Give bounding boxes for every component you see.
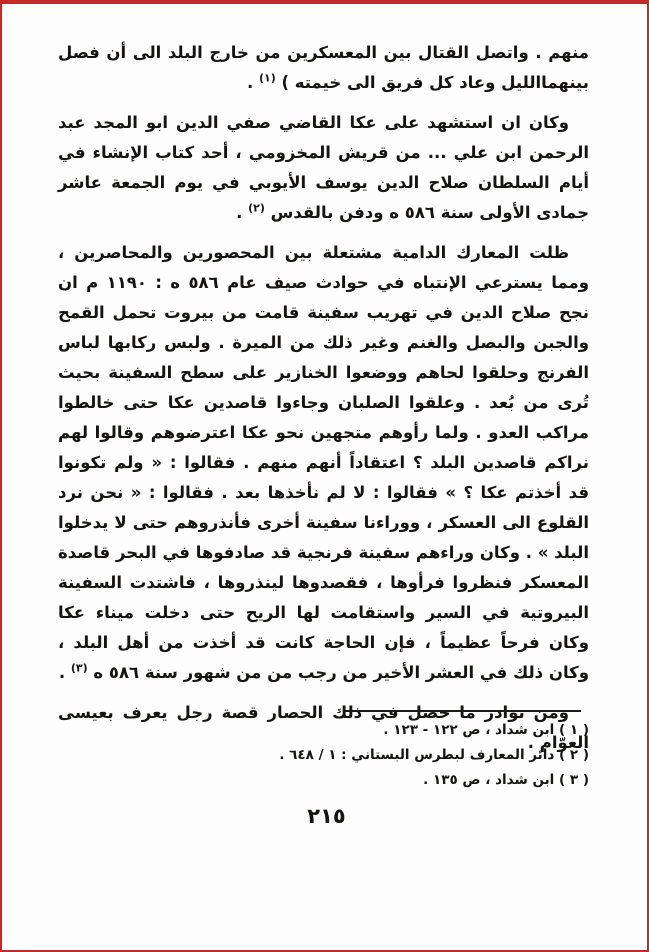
page-number: ٢١٥: [2, 804, 649, 828]
page-body-text: منهم . واتصل القتال بين المعسكرين من خار…: [58, 38, 589, 768]
footnote: ( ٢ ) دائر المعارف لبطرس البستاني : ١ / …: [58, 743, 589, 768]
footnote-marker: (١): [259, 72, 276, 85]
footnote: ( ١ ) ابن شداد ، ص ١٢٢ - ١٢٣ .: [58, 718, 589, 743]
paragraph: وكان ان استشهد على عكا القاضي صفي الدين …: [58, 108, 589, 228]
paragraph-text: وكان ان استشهد على عكا القاضي صفي الدين …: [58, 113, 589, 222]
paragraph: ظلت المعارك الدامية مشتعلة بين المحصورين…: [58, 238, 589, 688]
footnote-marker: (٢): [248, 202, 265, 215]
paragraph-text: ظلت المعارك الدامية مشتعلة بين المحصورين…: [58, 243, 589, 682]
footnotes-section: ( ١ ) ابن شداد ، ص ١٢٢ - ١٢٣ . ( ٢ ) دائ…: [58, 710, 589, 793]
paragraph-text: منهم . واتصل القتال بين المعسكرين من خار…: [58, 43, 589, 92]
footnote-separator: [345, 710, 581, 712]
footnote-marker: (٣): [71, 662, 88, 675]
footnote: ( ٣ ) ابن شداد ، ص ١٣٥ .: [58, 768, 589, 793]
book-page: منهم . واتصل القتال بين المعسكرين من خار…: [0, 0, 649, 952]
paragraph-tail: .: [59, 663, 71, 682]
paragraph: منهم . واتصل القتال بين المعسكرين من خار…: [58, 38, 589, 98]
paragraph-tail: .: [236, 203, 248, 222]
paragraph-tail: .: [247, 73, 259, 92]
